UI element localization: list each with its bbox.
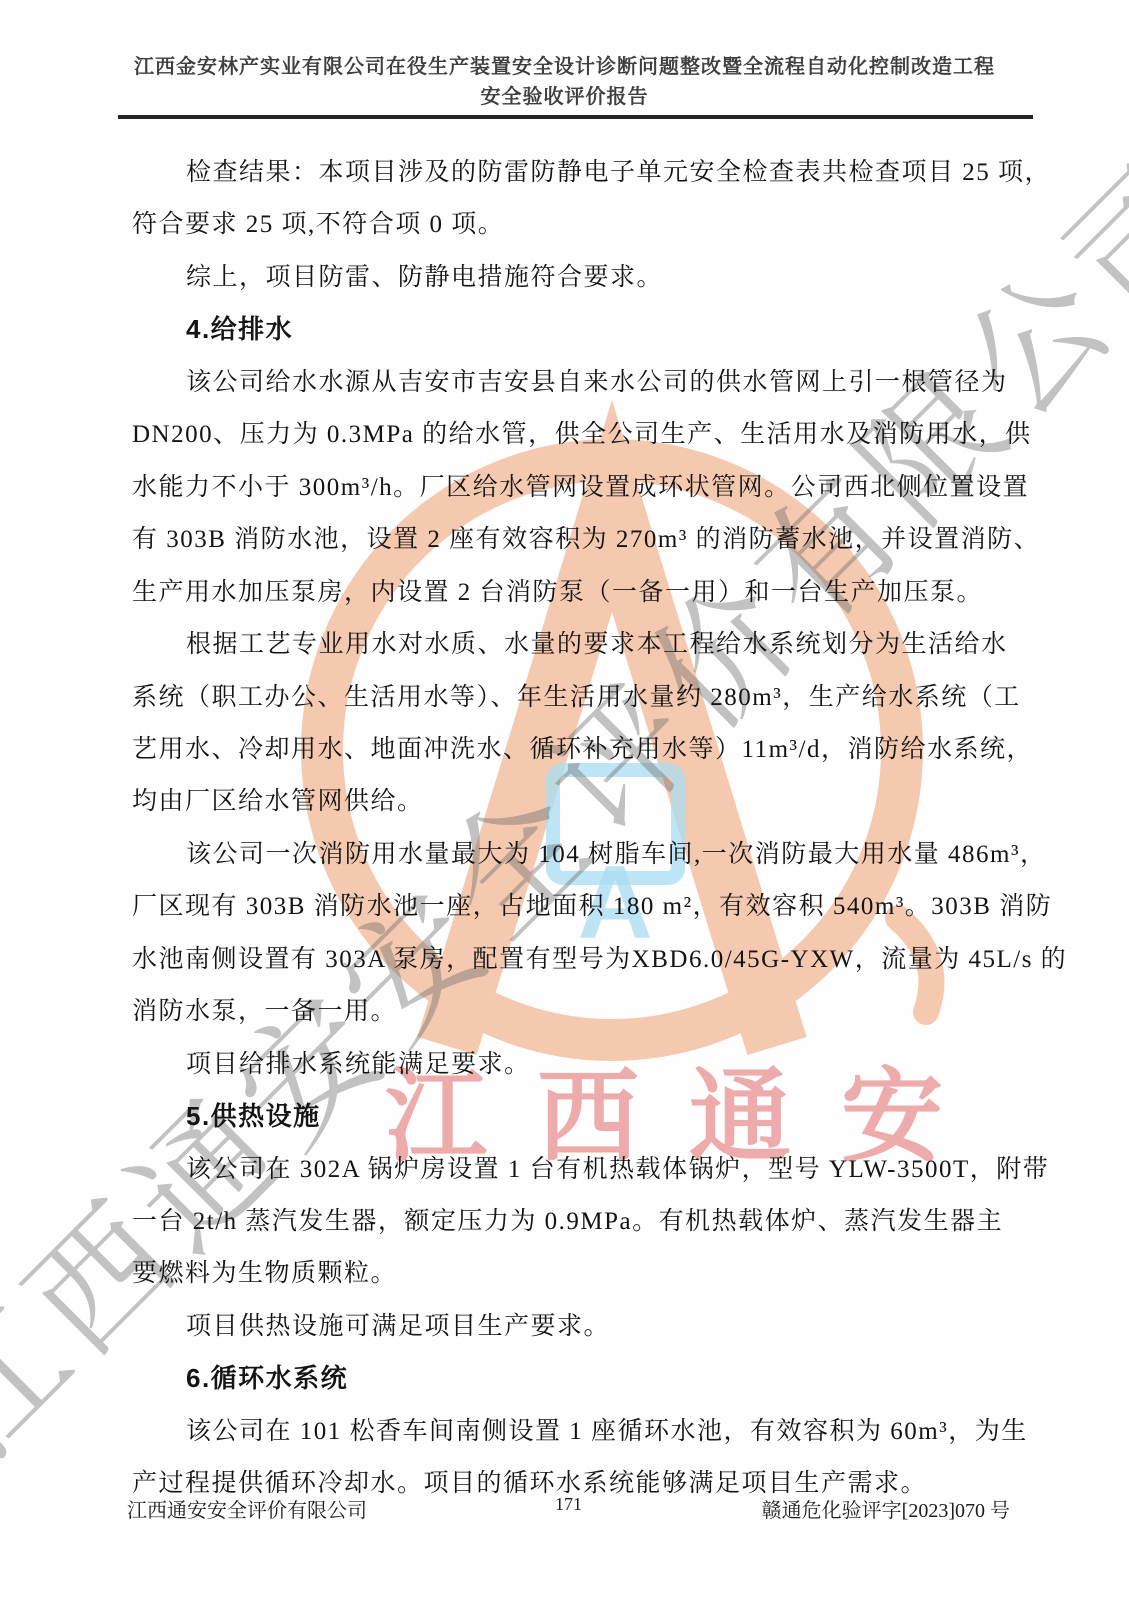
document-body: 检查结果：本项目涉及的防雷防静电子单元安全检查表共检查项目 25 项，符合要求 … [132,0,1011,1600]
body-line: 水能力不小于 300m³/h。厂区给水管网设置成环状管网。公司西北侧位置设置 [132,461,1011,514]
body-line: 检查结果：本项目涉及的防雷防静电子单元安全检查表共检查项目 25 项， [132,146,1011,199]
section-heading: 4.给排水 [132,303,1011,356]
body-line: 艺用水、冷却用水、地面冲洗水、循环补充用水等）11m³/d，消防给水系统， [132,723,1011,776]
body-line: 该公司给水水源从吉安市吉安县自来水公司的供水管网上引一根管径为 [132,356,1011,409]
section-heading: 6.循环水系统 [132,1352,1011,1405]
body-line: 一台 2t/h 蒸汽发生器，额定压力为 0.9MPa。有机热载体炉、蒸汽发生器主 [132,1195,1011,1248]
body-line: 生产用水加压泵房，内设置 2 台消防泵（一备一用）和一台生产加压泵。 [132,566,1011,619]
body-line: 要燃料为生物质颗粒。 [132,1247,1011,1300]
page-footer: 江西通安安全评价有限公司 171 赣通危化验评字[2023]070 号 [127,1494,1010,1524]
body-line: 该公司在 101 松香车间南侧设置 1 座循环水池，有效容积为 60m³，为生 [132,1405,1011,1458]
body-line: 该公司在 302A 锅炉房设置 1 台有机热载体锅炉，型号 YLW-3500T，… [132,1143,1011,1196]
body-line: 该公司一次消防用水量最大为 104 树脂车间,一次消防最大用水量 486m³， [132,828,1011,881]
report-page: A 江西通安安全评价有限公司 江西通安 江西金安林产实业有限公司在役生产装置安全… [0,0,1129,1600]
body-line: 综上，项目防雷、防静电措施符合要求。 [132,251,1011,304]
body-line: 水池南侧设置有 303A 泵房，配置有型号为XBD6.0/45G-YXW，流量为… [132,933,1011,986]
footer-doc-number: 赣通危化验评字[2023]070 号 [762,1494,1010,1523]
body-line: 项目给排水系统能满足要求。 [132,1038,1011,1091]
body-line: 均由厂区给水管网供给。 [132,775,1011,828]
body-line: 项目供热设施可满足项目生产要求。 [132,1300,1011,1353]
body-line: DN200、压力为 0.3MPa 的给水管，供全公司生产、生活用水及消防用水，供 [132,408,1011,461]
body-line: 根据工艺专业用水对水质、水量的要求本工程给水系统划分为生活给水 [132,618,1011,671]
body-line: 系统（职工办公、生活用水等）、年生活用水量约 280m³，生产给水系统（工 [132,671,1011,724]
body-line: 符合要求 25 项,不符合项 0 项。 [132,198,1011,251]
body-line: 厂区现有 303B 消防水池一座，占地面积 180 m²，有效容积 540m³。… [132,880,1011,933]
section-heading: 5.供热设施 [132,1090,1011,1143]
body-line: 消防水泵，一备一用。 [132,985,1011,1038]
body-line: 有 303B 消防水池，设置 2 座有效容积为 270m³ 的消防蓄水池，并设置… [132,513,1011,566]
